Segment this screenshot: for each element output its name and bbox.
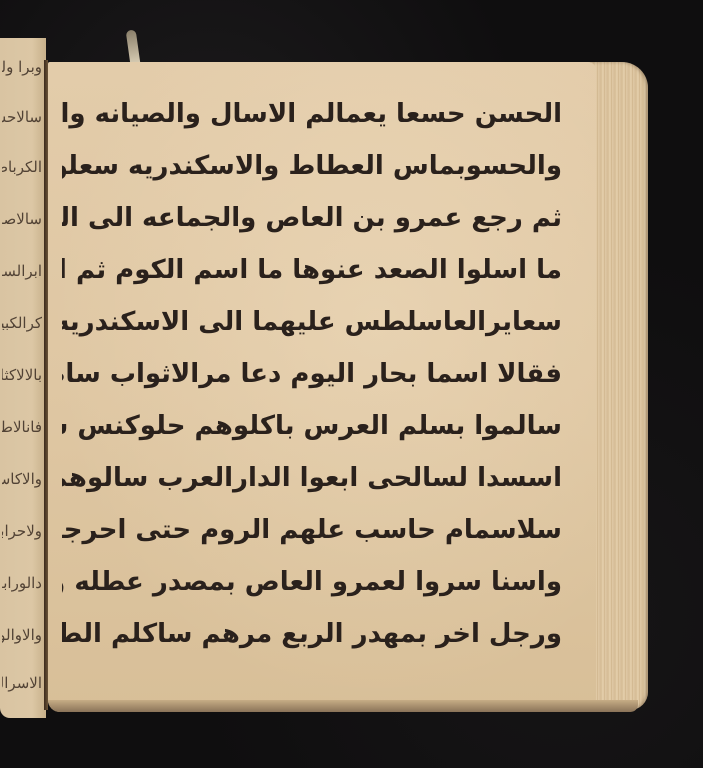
text-line: ما اسلوا الصعد عنوها ما اسم الكوم ثم اسل… bbox=[62, 244, 562, 296]
left-page-line: والاكاسلعا bbox=[2, 470, 42, 488]
text-line: ثم رجع عمرو بن العاص والجماعه الى الكوفة… bbox=[62, 192, 562, 244]
left-page-line: الاسرالموابه bbox=[2, 674, 42, 692]
text-line: اسسدا لسالحى ابعوا الدارالعرب سالوهم الح… bbox=[62, 452, 562, 504]
text-line: سلاسمام حاسب علهم الروم حتى احرجوهم عن ا… bbox=[62, 504, 562, 556]
left-page-line: دالورابسا bbox=[2, 574, 42, 592]
left-page-line: ولاحرابيها bbox=[2, 522, 42, 540]
text-line: ورجل اخر بمهدر الربع مرهم ساكلم الطريق ا… bbox=[62, 608, 562, 660]
text-line: واسنا سروا لعمرو العاص بمصدر عطله ودار س… bbox=[62, 556, 562, 608]
left-page-line: فانالاطعا bbox=[2, 418, 42, 436]
text-line: والحسوبماس العطاط والاسكندريه سعلوادلك bbox=[62, 140, 562, 192]
left-page-line: وبرا ولسلكا bbox=[2, 58, 42, 76]
text-line: فقالا اسما بحار اليوم دعا مرالاثواب ساطا… bbox=[62, 348, 562, 400]
left-page-line: كرالكبيركو bbox=[2, 314, 42, 332]
manuscript-text: الحسن حسعا يعمالم الاسال والصيانه والاسو… bbox=[62, 88, 562, 660]
text-line: سالموا بسلم العرس باكلوهم حلوكنس سوم الا… bbox=[62, 400, 562, 452]
left-page-line: سالاحسوبالما bbox=[2, 108, 42, 126]
left-page-line: بالالاكثار bbox=[2, 366, 42, 384]
left-page-line: الكرباط الال bbox=[2, 158, 42, 176]
text-line: سعايرالعاسلطس عليهما الى الاسكندريه سالو… bbox=[62, 296, 562, 348]
left-page-line: سالاصدرالس bbox=[2, 210, 42, 228]
text-line: الحسن حسعا يعمالم الاسال والصيانه والاسو… bbox=[62, 88, 562, 140]
left-page-line: ابرالسوبامرت bbox=[2, 262, 42, 280]
left-page-line: والاوالوعم bbox=[2, 626, 42, 644]
left-page: وبرا ولسلكا سالاحسوبالما الكرباط الال سا… bbox=[0, 38, 46, 718]
page-bottom-edge bbox=[48, 700, 638, 712]
